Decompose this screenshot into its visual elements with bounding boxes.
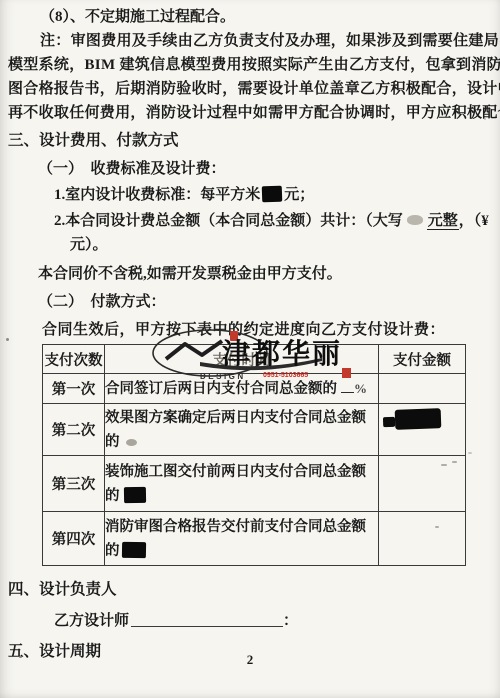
row-desc2-text: 的	[105, 434, 120, 450]
underlined-amount: 元整	[427, 213, 459, 230]
designer-colon: ：	[283, 613, 298, 629]
row-desc: 合同签订后两日内支付合同总金额的	[105, 381, 337, 397]
table-header-row: 支付次数 支付时间 支付金额	[43, 345, 466, 374]
fee-item-2-text: 2.本合同设计费总金额（本合同总金额）共计：（大写	[54, 213, 403, 229]
designer-blank-underline	[131, 614, 283, 627]
row-desc-line2: 的	[105, 430, 378, 454]
scan-speck	[468, 452, 472, 454]
table-row: 第一次 合同签订后两日内支付合同总金额的%	[43, 374, 466, 404]
redaction-blob	[395, 408, 442, 430]
fee-item-1-text: 1.室内设计收费标准：每平方米	[54, 187, 260, 203]
table-row: 第二次 效果图方案确定后两日内支付合同总金额 的	[43, 404, 466, 456]
scan-speck	[484, 118, 486, 120]
redaction-smudge	[126, 439, 137, 446]
row-seq: 第三次	[43, 456, 105, 512]
blank-underline	[341, 380, 354, 393]
scanned-contract-page: （8）、不定期施工过程配合。 注：审图费用及手续由乙方负责支付及办理，如果涉及到…	[0, 0, 500, 698]
fee-item-1-suffix: 元；	[284, 187, 314, 203]
row-desc-line2: 的	[105, 539, 378, 563]
scan-speck	[6, 338, 9, 341]
row-desc: 消防审图合格报告交付前支付合同总金额	[105, 515, 378, 539]
scan-noise	[452, 461, 457, 463]
scan-speck	[19, 656, 22, 658]
row-desc: 装饰施工图交付前两日内支付合同总金额	[105, 460, 378, 484]
row-desc-line2: 的	[105, 484, 378, 508]
page-number: 2	[0, 652, 500, 668]
row-amount	[379, 456, 466, 512]
row-desc: 效果图方案确定后两日内支付合同总金额	[105, 406, 378, 430]
redaction-blob	[121, 541, 145, 557]
note-paragraph: 注：审图费用及手续由乙方负责支付及办理，如果涉及到需要住建局 BIM 模型系统，…	[8, 29, 492, 125]
row-amount	[379, 404, 466, 456]
row-amount	[379, 512, 466, 566]
redaction-blob	[123, 486, 145, 502]
scan-noise	[435, 526, 439, 528]
row-seq: 第四次	[43, 512, 105, 566]
subsection-heading-payment: （二） 付款方式：	[38, 290, 492, 314]
note-line: 再不收取任何费用，消防设计过程中如需甲方配合协调时，甲方应积极配合。	[8, 101, 492, 125]
payment-table: 支付次数 支付时间 支付金额 第一次 合同签订后两日内支付合同总金额的% 第二次…	[42, 344, 466, 566]
table-row: 第三次 装饰施工图交付前两日内支付合同总金额 的	[43, 456, 466, 512]
header-cell-time: 支付时间	[105, 345, 379, 374]
tax-note-suffix: ,如需开发票税金由甲方支付。	[143, 266, 342, 282]
subsection-heading-standard: （一） 收费标准及设计费：	[38, 157, 492, 181]
designer-line: 乙方设计师：	[54, 608, 492, 634]
scan-noise	[441, 464, 447, 466]
note-line: 图合格报告书，后期消防验收时，需要设计单位盖章乙方积极配合，设计中途	[8, 77, 492, 101]
row-desc2-text: 的	[105, 543, 120, 559]
row-amount	[379, 374, 466, 404]
section-heading-lead: 四、设计负责人	[8, 578, 492, 602]
header-cell-amount: 支付金额	[379, 345, 466, 374]
table-row: 第四次 消防审图合格报告交付前支付合同总金额 的	[43, 512, 466, 566]
row-percent: %	[354, 381, 367, 396]
table-intro: 合同生效后，甲方按下表中的约定进度向乙方支付设计费：	[42, 318, 492, 342]
redaction-smudge	[407, 215, 423, 225]
tax-note-prefix: 本合同价	[38, 266, 98, 282]
fee-item-2-line2: 元）。	[70, 233, 492, 257]
tax-note-bold: 不含税	[98, 266, 143, 282]
paragraph-item8: （8）、不定期施工过程配合。	[40, 5, 492, 29]
header-cell-times: 支付次数	[43, 345, 105, 374]
note-line: 注：审图费用及手续由乙方负责支付及办理，如果涉及到需要住建局 BIM	[8, 29, 492, 53]
fee-item-2-suffix: ，（¥	[459, 213, 489, 229]
fee-item-2: 2.本合同设计费总金额（本合同总金额）共计：（大写元整，（¥	[54, 209, 492, 233]
fee-item-1: 1.室内设计收费标准：每平方米元；	[54, 183, 492, 207]
section-heading-fees: 三、设计费用、付款方式	[8, 129, 492, 153]
row-seq: 第一次	[43, 374, 105, 404]
tax-note: 本合同价不含税,如需开发票税金由甲方支付。	[38, 262, 492, 286]
designer-label: 乙方设计师	[54, 613, 129, 629]
redaction-blob	[262, 186, 283, 203]
note-line: 模型系统，BIM 建筑信息模型费用按照实际产生由乙方支付，包拿到消防设计审	[8, 53, 492, 77]
row-desc2-text: 的	[105, 488, 120, 504]
row-seq: 第二次	[43, 404, 105, 456]
